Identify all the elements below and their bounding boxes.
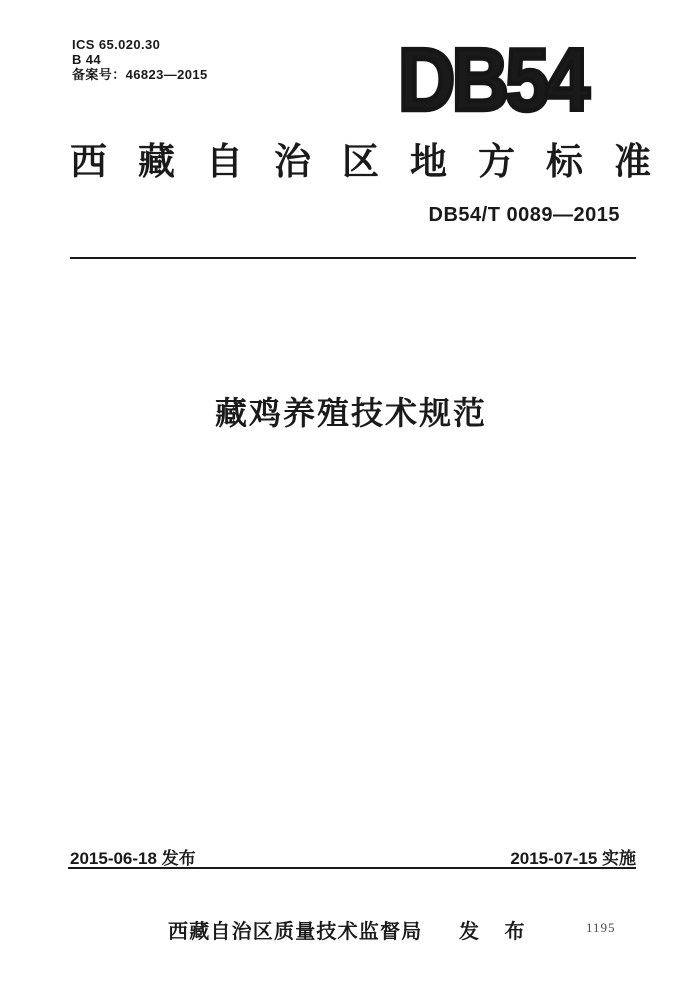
publish-label: 发 布 [459, 915, 525, 944]
footer-row: 西藏自治区质量技术监督局 发 布 1195 [0, 915, 700, 943]
record-number: 备案号：46823—2015 [72, 67, 208, 82]
meta-block: ICS 65.020.30 B 44 备案号：46823—2015 [72, 37, 208, 82]
standard-cover-page: ICS 65.020.30 B 44 备案号：46823—2015 DB54 西… [0, 0, 700, 990]
implement-date: 2015-07-15 实施 [510, 844, 636, 869]
publisher-name: 西藏自治区质量技术监督局 [168, 915, 422, 944]
ics-code: ICS 65.020.30 [72, 37, 208, 52]
header-divider-line [70, 257, 636, 259]
standard-type-heading: 西藏自治区地方标准 [70, 139, 682, 185]
footer-divider-line [68, 867, 636, 869]
standard-number: DB54/T 0089—2015 [429, 204, 620, 227]
document-title: 藏鸡养殖技术规范 [0, 388, 700, 434]
db54-logotype: DB54 [398, 36, 586, 124]
issue-date: 2015-06-18 发布 [70, 844, 196, 869]
classification-code: B 44 [72, 52, 208, 67]
page-number: 1195 [586, 920, 616, 936]
date-row: 2015-06-18 发布 2015-07-15 实施 [70, 844, 636, 869]
